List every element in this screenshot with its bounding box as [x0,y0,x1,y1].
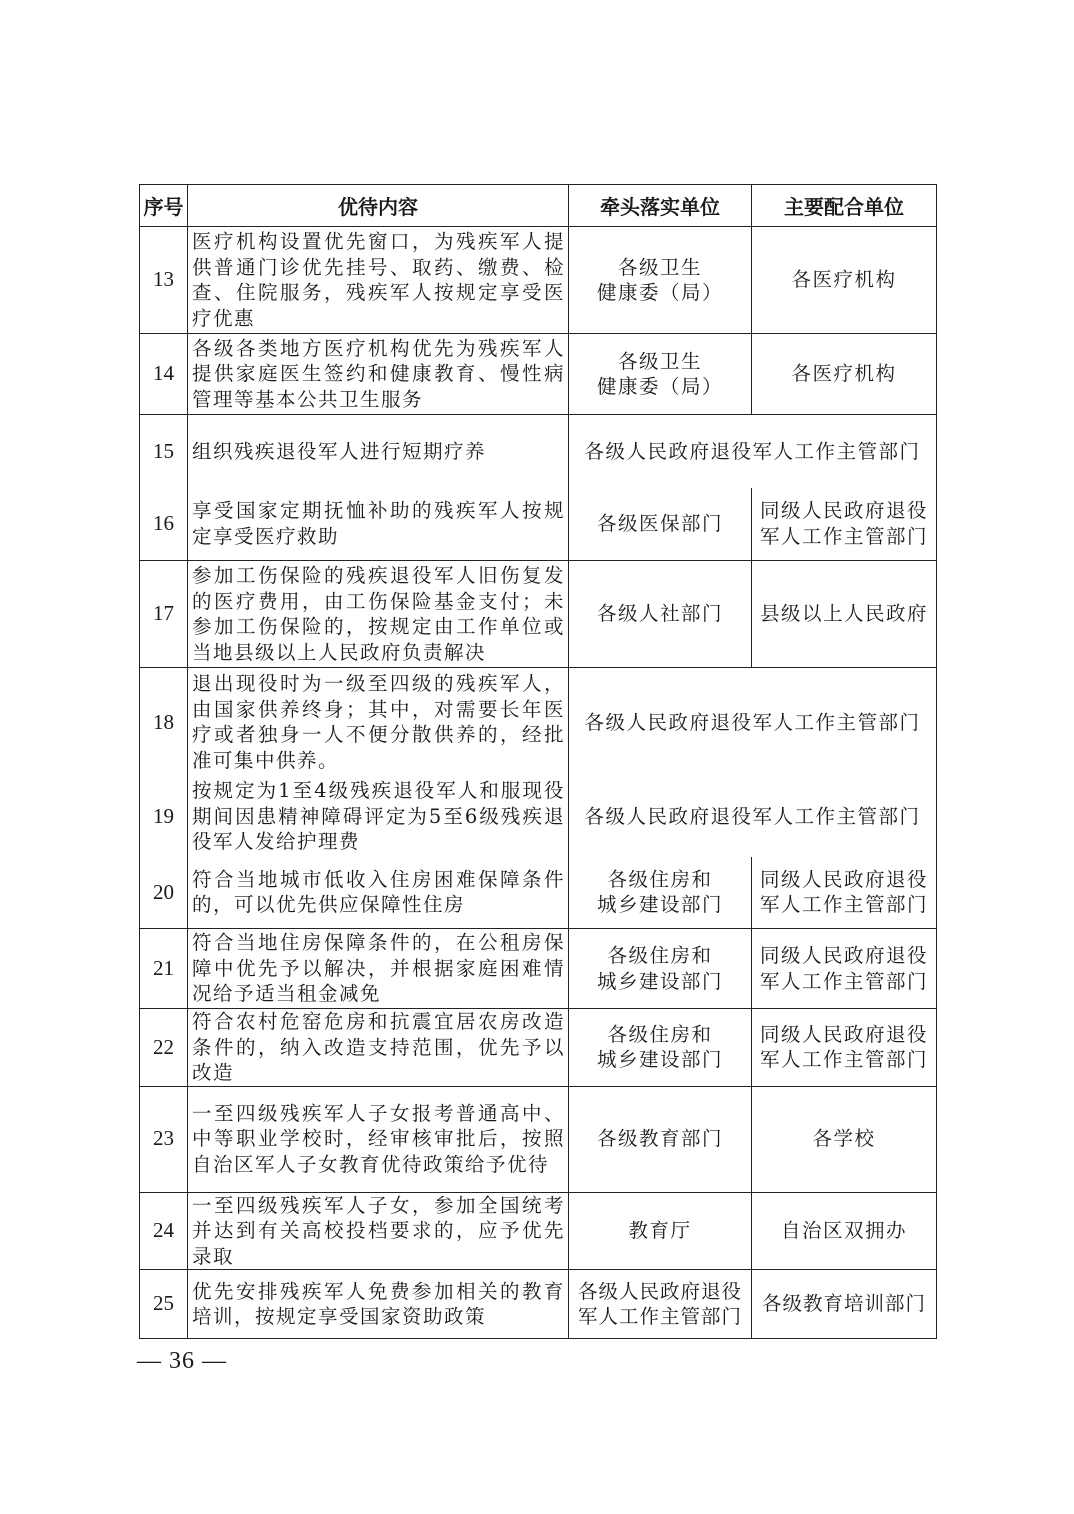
row-lead-unit-merged: 各级人民政府退役军人工作主管部门 [569,415,937,488]
lead-line: 城乡建设部门 [597,893,723,916]
row-content: 一至四级残疾军人子女，参加全国统考并达到有关高校投档要求的，应予优先录取 [188,1192,569,1270]
table-row: 22 符合农村危窑危房和抗震宜居农房改造条件的，纳入改造支持范围，优先予以改造 … [140,1009,937,1087]
row-number: 24 [140,1192,188,1270]
header-content: 优待内容 [188,185,569,227]
row-number: 15 [140,415,188,488]
table-row: 13 医疗机构设置优先窗口，为残疾军人提供普通门诊优先挂号、取药、缴费、检查、住… [140,227,937,334]
row-lead-unit: 各级住房和城乡建设部门 [569,929,752,1009]
row-number: 22 [140,1009,188,1087]
table-row: 20 符合当地城市低收入住房困难保障条件的，可以优先供应保障性住房 各级住房和城… [140,857,937,929]
row-content: 退出现役时为一级至四级的残疾军人，由国家供养终身；其中，对需要长年医疗或者独身一… [188,668,569,777]
lead-line: 各级住房和 [607,868,712,891]
row-coop-unit: 同级人民政府退役军人工作主管部门 [752,1009,937,1087]
row-coop-unit: 各医疗机构 [752,334,937,415]
row-lead-unit-merged: 各级人民政府退役军人工作主管部门 [569,777,937,857]
row-coop-unit: 各级教育培训部门 [752,1270,937,1339]
lead-line: 各级住房和 [607,1023,712,1046]
preferential-treatment-table: 序号 优待内容 牵头落实单位 主要配合单位 13 医疗机构设置优先窗口，为残疾军… [139,184,937,1339]
row-number: 20 [140,857,188,929]
row-lead-unit-merged: 各级人民政府退役军人工作主管部门 [569,668,937,777]
row-number: 23 [140,1086,188,1192]
row-lead-unit: 教育厅 [569,1192,752,1270]
row-number: 14 [140,334,188,415]
row-content: 参加工伤保险的残疾退役军人旧伤复发的医疗费用，由工伤保险基金支付；未参加工伤保险… [188,561,569,668]
table-header-row: 序号 优待内容 牵头落实单位 主要配合单位 [140,185,937,227]
lead-line: 各级卫生 [618,256,702,279]
row-coop-unit: 同级人民政府退役军人工作主管部门 [752,857,937,929]
header-lead-unit: 牵头落实单位 [569,185,752,227]
row-lead-unit: 各级医保部门 [569,488,752,561]
row-number: 21 [140,929,188,1009]
row-content: 享受国家定期抚恤补助的残疾军人按规定享受医疗救助 [188,488,569,561]
table-row: 23 一至四级残疾军人子女报考普通高中、中等职业学校时，经审核审批后，按照自治区… [140,1086,937,1192]
lead-line: 健康委（局） [597,375,723,398]
lead-line: 城乡建设部门 [597,970,723,993]
table-row: 19 按规定为1至4级残疾退役军人和服现役期间因患精神障碍评定为5至6级残疾退役… [140,777,937,857]
row-content: 各级各类地方医疗机构优先为残疾军人提供家庭医生签约和健康教育、慢性病管理等基本公… [188,334,569,415]
row-coop-unit: 同级人民政府退役军人工作主管部门 [752,488,937,561]
row-number: 13 [140,227,188,334]
row-content: 医疗机构设置优先窗口，为残疾军人提供普通门诊优先挂号、取药、缴费、检查、住院服务… [188,227,569,334]
row-content: 符合农村危窑危房和抗震宜居农房改造条件的，纳入改造支持范围，优先予以改造 [188,1009,569,1087]
header-number: 序号 [140,185,188,227]
row-lead-unit: 各级卫生健康委（局） [569,227,752,334]
lead-line: 各级住房和 [607,944,712,967]
lead-line: 各级卫生 [618,350,702,373]
table-row: 14 各级各类地方医疗机构优先为残疾军人提供家庭医生签约和健康教育、慢性病管理等… [140,334,937,415]
row-content: 符合当地住房保障条件的，在公租房保障中优先予以解决，并根据家庭困难情况给予适当租… [188,929,569,1009]
table-row: 17 参加工伤保险的残疾退役军人旧伤复发的医疗费用，由工伤保险基金支付；未参加工… [140,561,937,668]
row-coop-unit: 县级以上人民政府 [752,561,937,668]
document-page: 序号 优待内容 牵头落实单位 主要配合单位 13 医疗机构设置优先窗口，为残疾军… [0,0,1074,1514]
row-lead-unit: 各级卫生健康委（局） [569,334,752,415]
lead-line: 城乡建设部门 [597,1048,723,1071]
table-row: 15 组织残疾退役军人进行短期疗养 各级人民政府退役军人工作主管部门 [140,415,937,488]
row-lead-unit: 各级住房和城乡建设部门 [569,1009,752,1087]
row-number: 25 [140,1270,188,1339]
lead-line: 健康委（局） [597,281,723,304]
table-row: 25 优先安排残疾军人免费参加相关的教育培训，按规定享受国家资助政策 各级人民政… [140,1270,937,1339]
row-number: 19 [140,777,188,857]
row-lead-unit: 各级教育部门 [569,1086,752,1192]
table-row: 24 一至四级残疾军人子女，参加全国统考并达到有关高校投档要求的，应予优先录取 … [140,1192,937,1270]
row-content: 组织残疾退役军人进行短期疗养 [188,415,569,488]
row-lead-unit: 各级人社部门 [569,561,752,668]
row-lead-unit: 各级住房和城乡建设部门 [569,857,752,929]
table-row: 16 享受国家定期抚恤补助的残疾军人按规定享受医疗救助 各级医保部门 同级人民政… [140,488,937,561]
row-content: 一至四级残疾军人子女报考普通高中、中等职业学校时，经审核审批后，按照自治区军人子… [188,1086,569,1192]
row-number: 17 [140,561,188,668]
row-coop-unit: 各医疗机构 [752,227,937,334]
row-lead-unit: 各级人民政府退役军人工作主管部门 [569,1270,752,1339]
row-number: 16 [140,488,188,561]
row-coop-unit: 各学校 [752,1086,937,1192]
row-number: 18 [140,668,188,777]
row-content: 优先安排残疾军人免费参加相关的教育培训，按规定享受国家资助政策 [188,1270,569,1339]
table-row: 18 退出现役时为一级至四级的残疾军人，由国家供养终身；其中，对需要长年医疗或者… [140,668,937,777]
row-content: 符合当地城市低收入住房困难保障条件的，可以优先供应保障性住房 [188,857,569,929]
row-coop-unit: 同级人民政府退役军人工作主管部门 [752,929,937,1009]
header-coop-unit: 主要配合单位 [752,185,937,227]
page-number: — 36 — [137,1348,227,1375]
table-row: 21 符合当地住房保障条件的，在公租房保障中优先予以解决，并根据家庭困难情况给予… [140,929,937,1009]
row-coop-unit: 自治区双拥办 [752,1192,937,1270]
row-content: 按规定为1至4级残疾退役军人和服现役期间因患精神障碍评定为5至6级残疾退役军人发… [188,777,569,857]
